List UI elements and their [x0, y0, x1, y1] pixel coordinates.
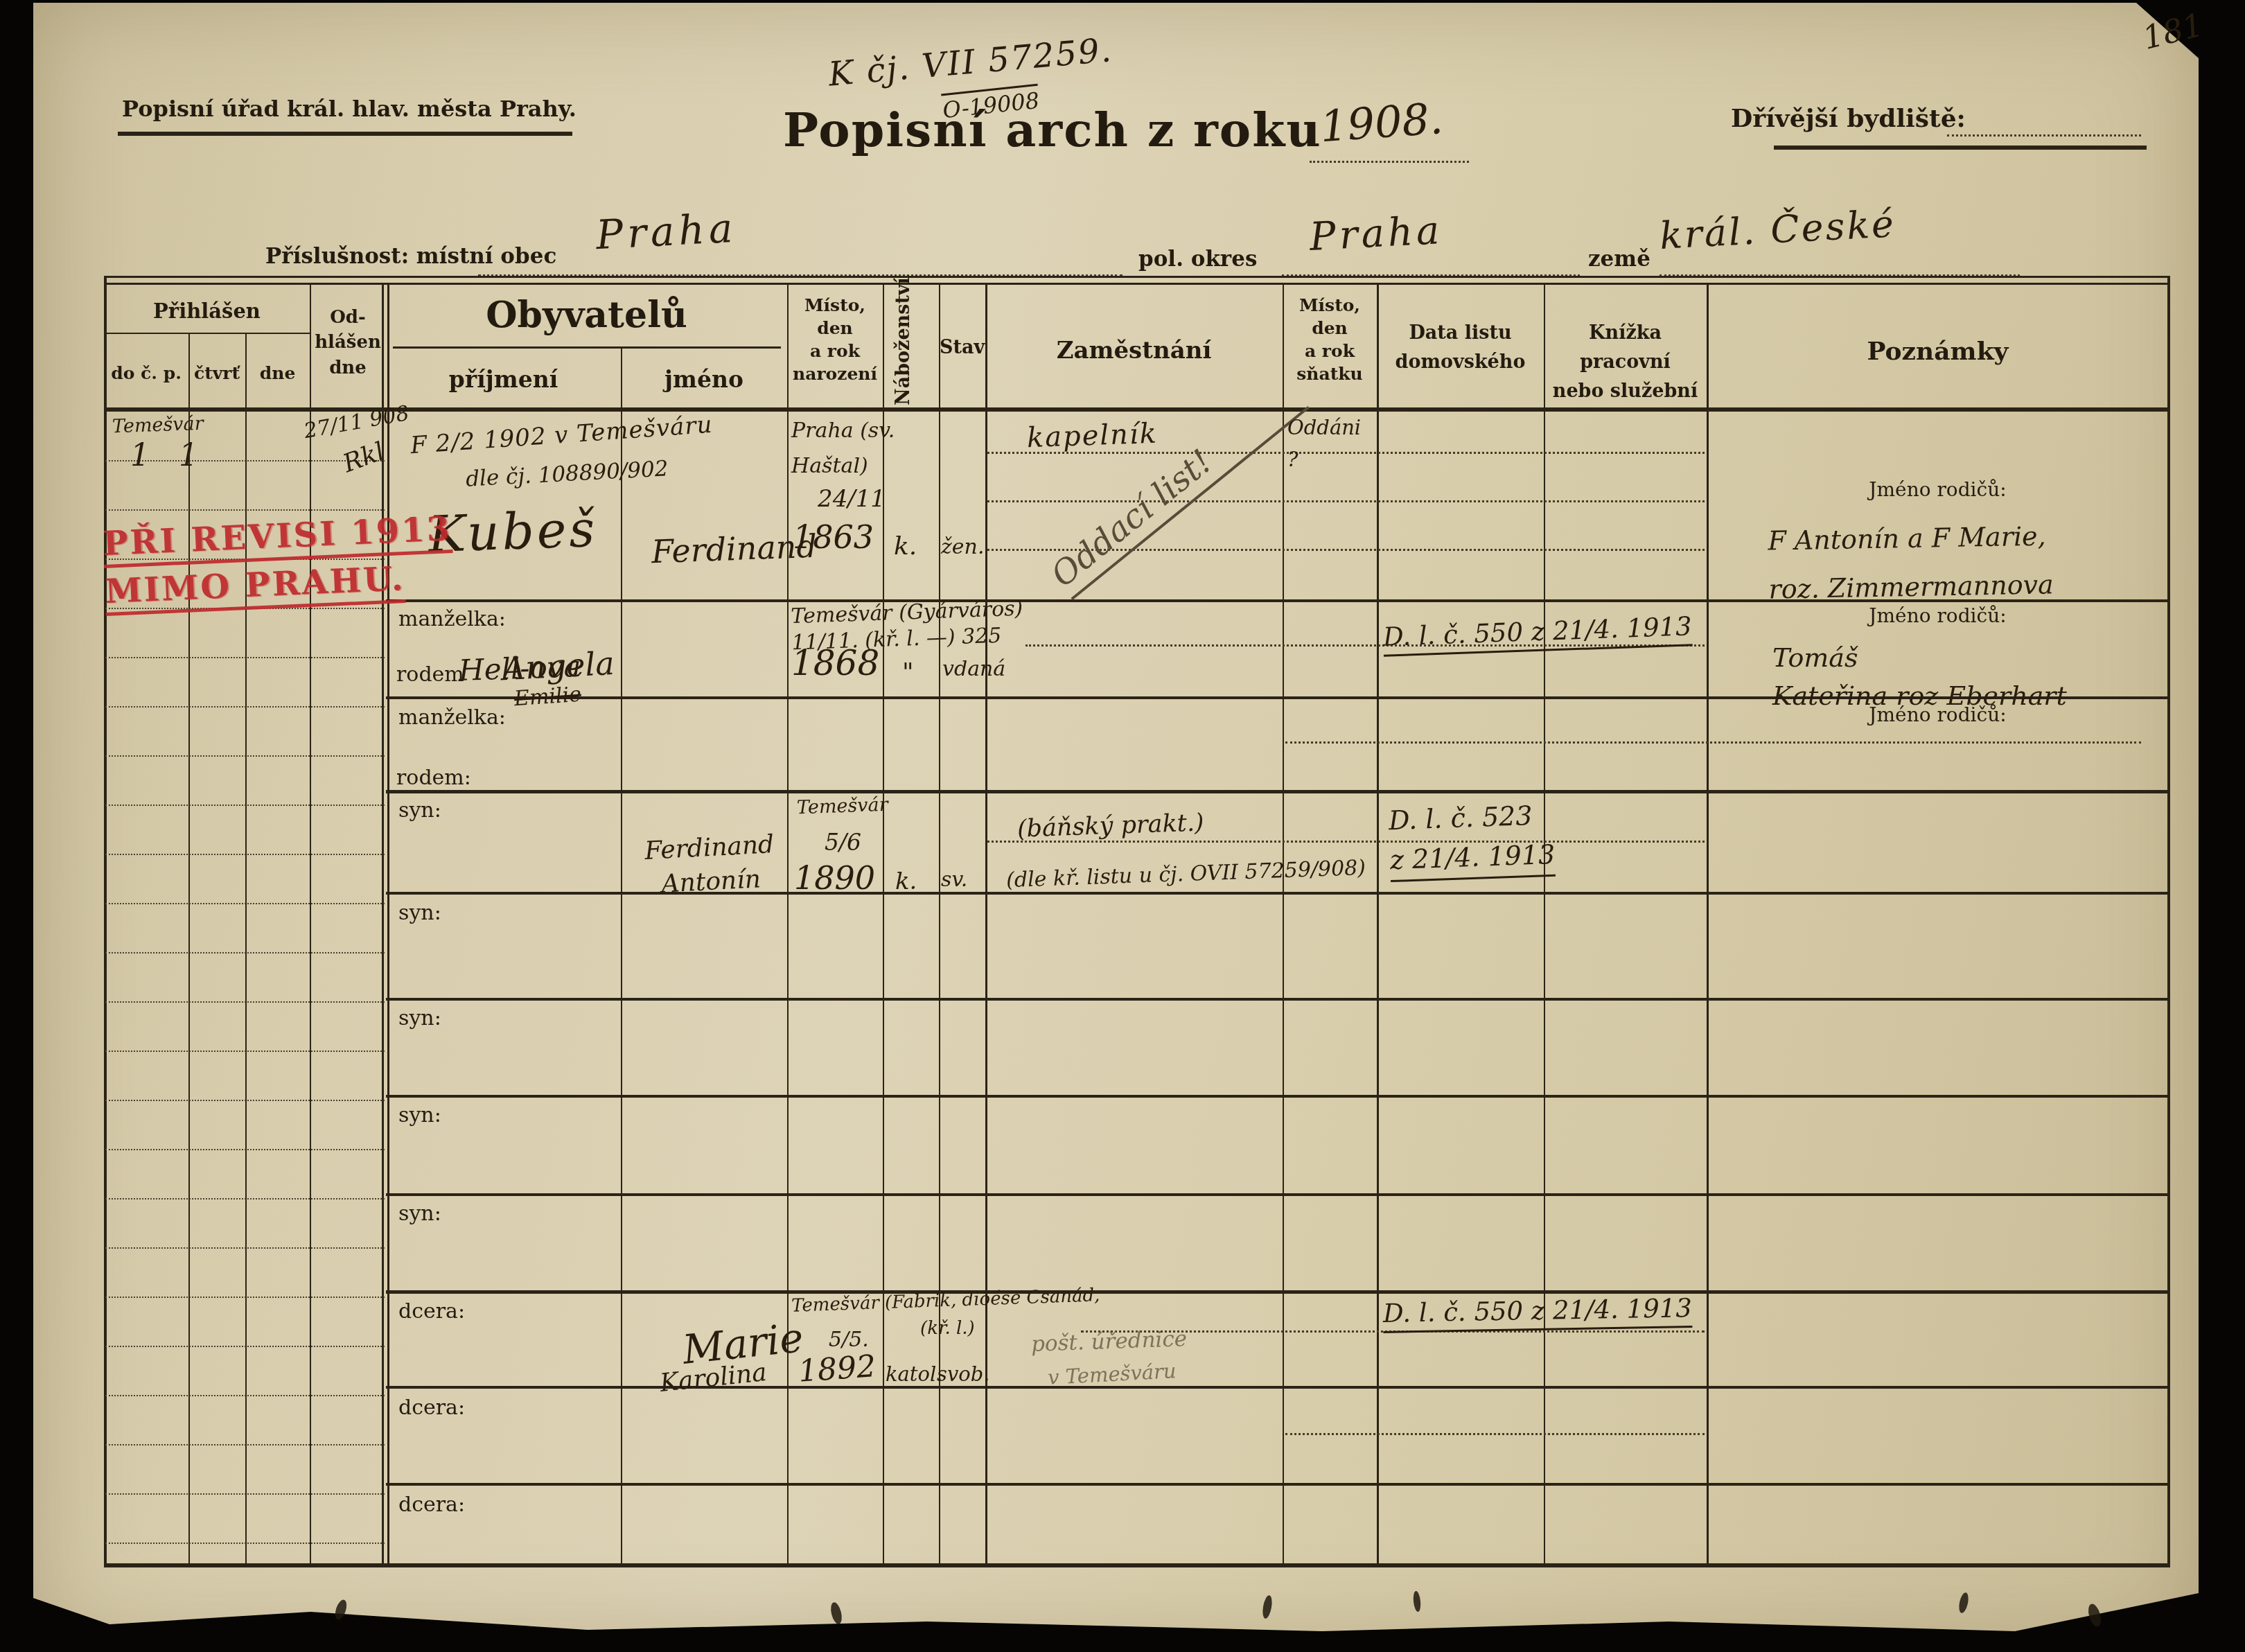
grid-line [386, 1386, 2170, 1389]
office-name: Popisní úřad král. hlav. města Prahy. [122, 96, 576, 122]
grid-line [188, 333, 190, 1565]
grid-line [387, 283, 389, 1565]
entry-daughter-status: svob. [937, 1362, 990, 1386]
entry-daughter-birth-note: (kř. l.) [920, 1318, 975, 1339]
form-title-year: 1908. [1319, 93, 1445, 152]
title-year-dotted-line [1310, 161, 1469, 163]
grid-line [1707, 283, 1709, 1565]
affiliation-municipality: Praha [595, 204, 738, 259]
son-label-3: syn: [398, 1006, 441, 1030]
col-header-birth: Místo, den a rok narození [787, 294, 883, 385]
dotted-line [105, 1247, 385, 1249]
son-label-4: syn: [398, 1103, 441, 1127]
entry-daughter-birth-year: 1892 [797, 1348, 877, 1389]
col-header-deregistered: Od- hlášen dne [310, 305, 386, 380]
entry-son-domicile-sheet: D. l. č. 523 z 21/4. 1913 [1388, 796, 1556, 882]
dotted-line [105, 1395, 385, 1396]
dotted-line [105, 1051, 385, 1052]
page-number: 181 [2139, 6, 2207, 57]
parents-label-3: Jméno rodičů: [1707, 703, 2169, 726]
grid-line [104, 1563, 2170, 1567]
grid-line [104, 407, 2170, 412]
grid-line [386, 1290, 2170, 1294]
col-header-status: Stav [939, 337, 985, 358]
entry-birth-place: Praha (sv. Haštal) [791, 413, 895, 484]
entry-daughter-birth-day: 5/5. [829, 1328, 869, 1352]
son-label-2: syn: [398, 901, 441, 925]
entry-son-birth-day: 5/6 [825, 829, 861, 856]
grid-line [245, 333, 247, 1565]
grid-line [1377, 283, 1379, 1565]
entry-status: žen. [941, 535, 984, 559]
entry-registered-place: Temešvár [112, 413, 204, 438]
daughter-label-2: dcera: [398, 1396, 465, 1420]
dotted-line [987, 841, 1705, 843]
dotted-line [105, 1297, 385, 1298]
entry-wife-given-name: Angela [502, 644, 615, 687]
entry-daughter-domicile-sheet: D. l. č. 550 z 21/4. 1913 [1383, 1293, 1693, 1333]
dotted-line [1285, 1433, 1705, 1435]
col-header-registered-quarter: čtvrť [188, 363, 245, 383]
entry-wife-religion-ditto: " [902, 658, 914, 687]
grid-line [104, 276, 107, 1567]
dotted-line [105, 1001, 385, 1003]
grid-line [787, 283, 789, 1565]
grid-line [1544, 283, 1545, 1565]
grid-line [621, 346, 622, 1565]
affiliation-label: Příslušnost: místní obec [265, 244, 556, 269]
dotted-line [105, 706, 385, 708]
born-label-2: rodem: [396, 766, 471, 790]
dotted-line [105, 854, 385, 855]
parents-label-2: Jméno rodičů: [1707, 604, 2169, 627]
col-header-marriage: Místo, den a rok sňatku [1283, 294, 1377, 385]
grid-line [386, 1483, 2170, 1486]
entry-wife-given-name-alt: Emilie [513, 683, 582, 712]
entry-birth-year: 1863 [793, 518, 874, 556]
entry-registered-quarter: 1 1 [130, 438, 208, 473]
dotted-line [105, 657, 385, 658]
form-title: Popisní arch z roku [783, 103, 1322, 158]
col-header-surname: příjmení [386, 366, 621, 393]
col-header-notes: Poznámky [1707, 337, 2169, 366]
grid-line [386, 1095, 2170, 1098]
entry-son-given-name: Ferdinand Antonín [636, 828, 785, 903]
daughter-label-1: dcera: [398, 1299, 465, 1324]
grid-line [382, 283, 384, 1565]
scanned-census-sheet: 181 Popisní úřad král. hlav. města Prahy… [0, 0, 2245, 1652]
dotted-line [105, 903, 385, 904]
dotted-line [105, 1100, 385, 1101]
dotted-line [105, 1493, 385, 1495]
entry-wife-birth-year: 1868 [791, 643, 879, 683]
grid-line [1283, 283, 1284, 1565]
wife-label-2: manželka: [398, 705, 506, 730]
col-header-workbook: Knížka pracovní nebo služební [1544, 319, 1707, 406]
dotted-line [105, 1444, 385, 1445]
entry-surname: Kubeš [428, 500, 599, 563]
col-header-registered-house: do č. p. [104, 363, 188, 383]
col-header-domicile-sheet: Data listu domovského [1377, 319, 1544, 377]
col-header-religion: Náboženství [892, 291, 914, 405]
wife-label-1: manželka: [398, 607, 506, 631]
dotted-line [987, 500, 1705, 502]
entry-marriage: Oddáni ? [1287, 412, 1361, 476]
previous-residence-underline [1774, 146, 2147, 150]
dotted-line [105, 805, 385, 806]
dotted-line [105, 952, 385, 954]
son-label-5: syn: [398, 1202, 441, 1226]
previous-residence-label: Dřívější bydliště: [1731, 104, 1966, 133]
grid-line [386, 998, 2170, 1001]
entry-birth-day: 24/11 [818, 485, 886, 513]
entry-son-birth-year: 1890 [794, 859, 875, 897]
col-header-inhabitants: Obyvatelů [386, 294, 787, 336]
dotted-line [105, 755, 385, 757]
dotted-line [105, 1198, 385, 1200]
parents-label-1: Jméno rodičů: [1707, 478, 2169, 501]
entry-son-religion: k. [895, 868, 917, 895]
entry-occupation: kapelník [1026, 418, 1158, 455]
born-label-1: rodem [396, 662, 464, 687]
previous-residence-dotted-line [1947, 134, 2141, 137]
grid-line [2167, 276, 2170, 1567]
col-header-occupation: Zaměstnání [985, 337, 1283, 364]
dotted-line [105, 1543, 385, 1544]
entry-son-status: sv. [941, 868, 967, 892]
grid-line [386, 790, 2170, 793]
land-label: země [1588, 247, 1650, 272]
dotted-line [105, 1346, 385, 1347]
entry-parents-1: F Antonín a F Marie, roz. Zimmermannova [1768, 511, 2054, 614]
grid-line [104, 283, 2170, 285]
dotted-line [105, 1149, 385, 1150]
col-header-registered-day: dne [245, 363, 310, 383]
entry-wife-status: vdaná [942, 657, 1005, 681]
col-header-given-name: jméno [621, 366, 787, 393]
entry-daughter-religion: katol. [886, 1362, 942, 1386]
dotted-line [1285, 741, 2141, 744]
grid-line [104, 276, 2170, 278]
district-value: Praha [1308, 208, 1443, 260]
entry-son-birth-place: Temešvár [796, 794, 888, 819]
dotted-line [105, 509, 385, 511]
district-label: pol. okres [1138, 247, 1257, 272]
grid-line [386, 1193, 2170, 1196]
grid-line [393, 346, 781, 349]
daughter-label-3: dcera: [398, 1493, 465, 1517]
office-underline [118, 132, 572, 136]
son-label-1: syn: [398, 798, 441, 823]
revision-stamp: PŘI REVISI 1913 MIMO PRAHU. [102, 509, 455, 616]
grid-line [310, 283, 311, 1565]
entry-religion: k. [894, 532, 917, 561]
grid-line [104, 333, 310, 334]
col-header-registered: Přihlášen [104, 299, 310, 323]
